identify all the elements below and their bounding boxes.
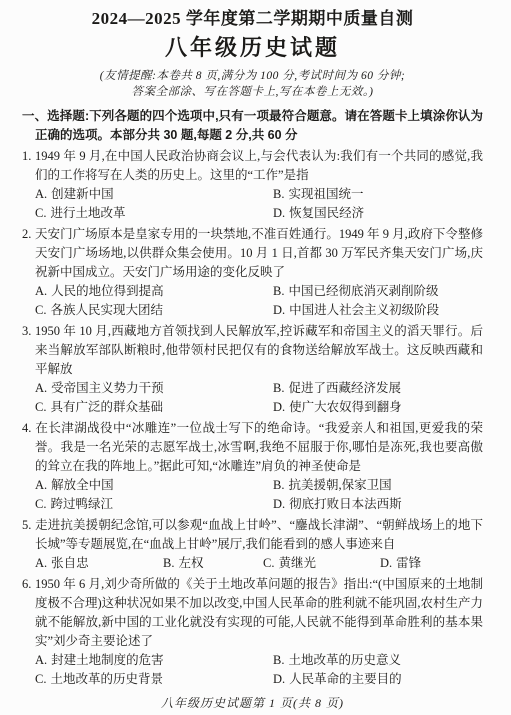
option-label: A. [35,187,47,201]
option-label: A. [35,556,47,570]
question-5-option-d: D.雷锋 [380,554,483,573]
question-3-number: 3. [22,322,35,341]
option-label: B. [273,284,284,298]
question-2-option-c: C.各族人民实现大团结 [35,301,273,320]
option-label: C. [35,672,46,686]
option-text: 各族人民实现大团结 [50,303,163,317]
question-6-option-b: B.土地改革的历史意义 [273,651,483,670]
exam-session-title: 2024—2025 学年度第二学期期中质量自测 [22,8,483,30]
question-3: 3.1950 年 10 月,西藏地方首领找到人民解放军,控诉藏军和帝国主义的滔天… [22,322,483,417]
question-4-option-d: D.彻底打败日本法西斯 [273,495,483,514]
question-4-options: A.解放全中国 B.抗美援朝,保家卫国 C.跨过鸭绿江 D.彻底打败日本法西斯 [22,476,483,514]
question-6-stem: 6.1950 年 6 月,刘少奇所做的《关于土地改革问题的报告》指出:“(中国原… [22,575,483,651]
question-4-option-b: B.抗美援朝,保家卫国 [273,476,483,495]
question-5-number: 5. [22,516,35,535]
option-label: A. [35,653,47,667]
question-1-number: 1. [22,147,35,166]
question-3-option-b: B.促进了西藏经济发展 [273,379,483,398]
option-label: D. [273,303,285,317]
question-4-number: 4. [22,419,35,438]
option-text: 受帝国主义势力干预 [51,381,164,395]
question-5-stem: 5.走进抗美援朝纪念馆,可以参观“血战上甘岭”、“鏖战长津湖”、“朝鲜战场上的地… [22,516,483,554]
question-1-option-a: A.创建新中国 [35,185,273,204]
exam-paper-page: 2024—2025 学年度第二学期期中质量自测 八年级历史试题 (友情提醒:本卷… [0,0,511,715]
exam-notice: (友情提醒:本卷共 8 页,满分为 100 分,考试时间为 60 分钟; 答案全… [22,68,483,100]
question-1-option-d: D.恢复国民经济 [273,204,483,223]
option-label: B. [163,556,174,570]
question-6: 6.1950 年 6 月,刘少奇所做的《关于土地改革问题的报告》指出:“(中国原… [22,575,483,689]
question-3-text: 1950 年 10 月,西藏地方首领找到人民解放军,控诉藏军和帝国主义的滔天罪行… [35,324,483,376]
option-label: C. [35,400,46,414]
option-text: 解放全中国 [51,478,114,492]
option-text: 恢复国民经济 [289,206,364,220]
option-text: 实现祖国统一 [288,187,363,201]
option-text: 中国已经彻底消灭剥削阶级 [288,284,438,298]
option-text: 创建新中国 [51,187,114,201]
option-label: B. [273,478,284,492]
question-6-option-c: C.土地改革的历史背景 [35,670,273,689]
question-2-stem: 2.天安门广场原本是皇家专用的一块禁地,不准百姓通行。1949 年 9 月,政府… [22,225,483,282]
question-2-option-d: D.中国进人社会主义初级阶段 [273,301,483,320]
option-label: C. [263,556,274,570]
option-label: D. [273,497,285,511]
question-4: 4.在长津湖战役中“冰雕连”一位战士写下的绝命诗。“我爱亲人和祖国,更爱我的荣誉… [22,419,483,514]
question-1-options: A.创建新中国 B.实现祖国统一 C.进行土地改革 D.恢复国民经济 [22,185,483,223]
question-5-option-a: A.张自忠 [35,554,163,573]
option-text: 彻底打败日本法西斯 [289,497,402,511]
question-2-number: 2. [22,225,35,244]
option-label: B. [273,653,284,667]
option-label: D. [273,206,285,220]
question-5-options: A.张自忠 B.左权 C.黄继光 D.雷锋 [22,554,483,573]
question-4-option-a: A.解放全中国 [35,476,273,495]
question-3-option-d: D.使广大农奴得到翻身 [273,398,483,417]
section-heading-multiple-choice: 一、选择题:下列各题的四个选项中,只有一项最符合题意。请在答题卡上填涂你认为正确… [22,107,483,145]
exam-title: 八年级历史试题 [22,33,483,63]
option-text: 土地改革的历史背景 [50,672,163,686]
option-label: C. [35,206,46,220]
question-3-options: A.受帝国主义势力干预 B.促进了西藏经济发展 C.具有广泛的群众基础 D.使广… [22,379,483,417]
exam-notice-line2: 答案全部涂、写在答题卡上,写在本卷上无效。) [22,84,483,100]
option-label: B. [273,187,284,201]
question-1-text: 1949 年 9 月,在中国人民政治协商会议上,与会代表认为:我们有一个共同的感… [35,149,483,182]
option-label: A. [35,284,47,298]
option-text: 雷锋 [396,556,421,570]
question-3-option-c: C.具有广泛的群众基础 [35,398,273,417]
option-text: 人民革命的主要目的 [289,672,402,686]
option-text: 具有广泛的群众基础 [50,400,163,414]
question-3-stem: 3.1950 年 10 月,西藏地方首领找到人民解放军,控诉藏军和帝国主义的滔天… [22,322,483,379]
question-1-stem: 1.1949 年 9 月,在中国人民政治协商会议上,与会代表认为:我们有一个共同… [22,147,483,185]
question-6-option-a: A.封建土地制度的危害 [35,651,273,670]
option-label: D. [380,556,392,570]
question-3-option-a: A.受帝国主义势力干预 [35,379,273,398]
option-text: 抗美援朝,保家卫国 [288,478,391,492]
question-5-option-c: C.黄继光 [263,554,380,573]
option-label: D. [273,672,285,686]
question-2-option-a: A.人民的地位得到提高 [35,282,273,301]
question-1: 1.1949 年 9 月,在中国人民政治协商会议上,与会代表认为:我们有一个共同… [22,147,483,223]
option-text: 使广大农奴得到翻身 [289,400,402,414]
question-2: 2.天安门广场原本是皇家专用的一块禁地,不准百姓通行。1949 年 9 月,政府… [22,225,483,320]
option-text: 进行土地改革 [50,206,125,220]
question-2-text: 天安门广场原本是皇家专用的一块禁地,不准百姓通行。1949 年 9 月,政府下令… [35,227,483,279]
question-4-text: 在长津湖战役中“冰雕连”一位战士写下的绝命诗。“我爱亲人和祖国,更爱我的荣誉。我… [35,421,483,473]
question-4-stem: 4.在长津湖战役中“冰雕连”一位战士写下的绝命诗。“我爱亲人和祖国,更爱我的荣誉… [22,419,483,476]
option-text: 土地改革的历史意义 [288,653,401,667]
question-6-option-d: D.人民革命的主要目的 [273,670,483,689]
option-label: B. [273,381,284,395]
option-text: 促进了西藏经济发展 [288,381,401,395]
option-text: 封建土地制度的危害 [51,653,164,667]
option-text: 左权 [178,556,203,570]
option-text: 人民的地位得到提高 [51,284,164,298]
question-1-option-c: C.进行土地改革 [35,204,273,223]
question-6-options: A.封建土地制度的危害 B.土地改革的历史意义 C.土地改革的历史背景 D.人民… [22,651,483,689]
question-4-option-c: C.跨过鸭绿江 [35,495,273,514]
question-1-option-b: B.实现祖国统一 [273,185,483,204]
question-2-option-b: B.中国已经彻底消灭剥削阶级 [273,282,483,301]
option-text: 黄继光 [278,556,316,570]
question-2-options: A.人民的地位得到提高 B.中国已经彻底消灭剥削阶级 C.各族人民实现大团结 D… [22,282,483,320]
option-label: A. [35,381,47,395]
option-label: C. [35,303,46,317]
question-5: 5.走进抗美援朝纪念馆,可以参观“血战上甘岭”、“鏖战长津湖”、“朝鲜战场上的地… [22,516,483,573]
question-6-text: 1950 年 6 月,刘少奇所做的《关于土地改革问题的报告》指出:“(中国原来的… [35,577,483,648]
option-label: C. [35,497,46,511]
exam-notice-line1: (友情提醒:本卷共 8 页,满分为 100 分,考试时间为 60 分钟; [22,68,483,84]
option-text: 中国进人社会主义初级阶段 [289,303,439,317]
page-footer: 八年级历史试题第 1 页(共 8 页) [22,695,483,711]
question-5-text: 走进抗美援朝纪念馆,可以参观“血战上甘岭”、“鏖战长津湖”、“朝鲜战场上的地下长… [35,518,483,551]
question-5-option-b: B.左权 [163,554,263,573]
option-text: 张自忠 [51,556,89,570]
option-label: D. [273,400,285,414]
question-6-number: 6. [22,575,35,594]
option-text: 跨过鸭绿江 [50,497,113,511]
option-label: A. [35,478,47,492]
